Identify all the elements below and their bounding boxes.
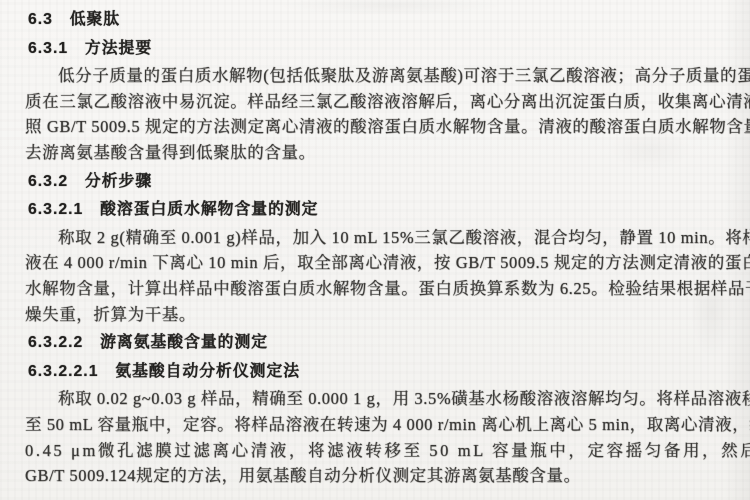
heading-6-3-2-1: 6.3.2.1 酸溶蛋白质水解物含量的测定: [0, 197, 750, 223]
heading-6-3-2-2-1: 6.3.2.2.1 氨基酸自动分析仪测定法: [0, 359, 750, 385]
heading-6-3-1: 6.3.1 方法提要: [0, 36, 750, 62]
scanned-document-page: 6.3 低聚肽 6.3.1 方法提要 低分子质量的蛋白质水解物(包括低聚肽及游离…: [0, 0, 750, 500]
paragraph-line: 低分子质量的蛋白质水解物(包括低聚肽及游离氨基酸)可溶于三氯乙酸溶液；高分子质量…: [0, 63, 750, 89]
paragraph-line: 液在 4 000 r/min 下离心 10 min 后，取全部离心清液，按 GB…: [0, 250, 750, 276]
heading-6-3-2: 6.3.2 分析步骤: [0, 169, 750, 195]
paragraph-line: 照 GB/T 5009.5 规定的方法测定离心清液的酸溶蛋白质水解物含量。清液的…: [0, 114, 750, 140]
paragraph-line: GB/T 5009.124规定的方法，用氨基酸自动分析仪测定其游离氨基酸含量。: [0, 463, 750, 489]
paragraph-line: 称取 2 g(精确至 0.001 g)样品，加入 10 mL 15%三氯乙酸溶液…: [0, 225, 750, 251]
heading-6-3-2-2: 6.3.2.2 游离氨基酸含量的测定: [0, 330, 750, 356]
paragraph-line: 0.45 μm微孔滤膜过滤离心清液，将滤液转移至 50 mL 容量瓶中，定容摇匀…: [0, 438, 750, 464]
paragraph-line: 称取 0.02 g~0.03 g 样品，精确至 0.000 1 g，用 3.5%…: [0, 386, 750, 412]
paragraph-line: 质在三氯乙酸溶液中易沉淀。样品经三氯乙酸溶液溶解后，离心分离出沉淀蛋白质，收集离…: [0, 89, 750, 115]
paragraph-line: 燥失重，折算为干基。: [0, 302, 750, 328]
paragraph-line: 至 50 mL 容量瓶中，定容。将样品溶液在转速为 4 000 r/min 离心…: [0, 412, 750, 438]
paragraph-line: 去游离氨基酸含量得到低聚肽的含量。: [0, 140, 750, 166]
heading-6-3: 6.3 低聚肽: [0, 7, 750, 33]
paragraph-line: 水解物含量，计算出样品中酸溶蛋白质水解物含量。蛋白质换算系数为 6.25。检验结…: [0, 276, 750, 302]
